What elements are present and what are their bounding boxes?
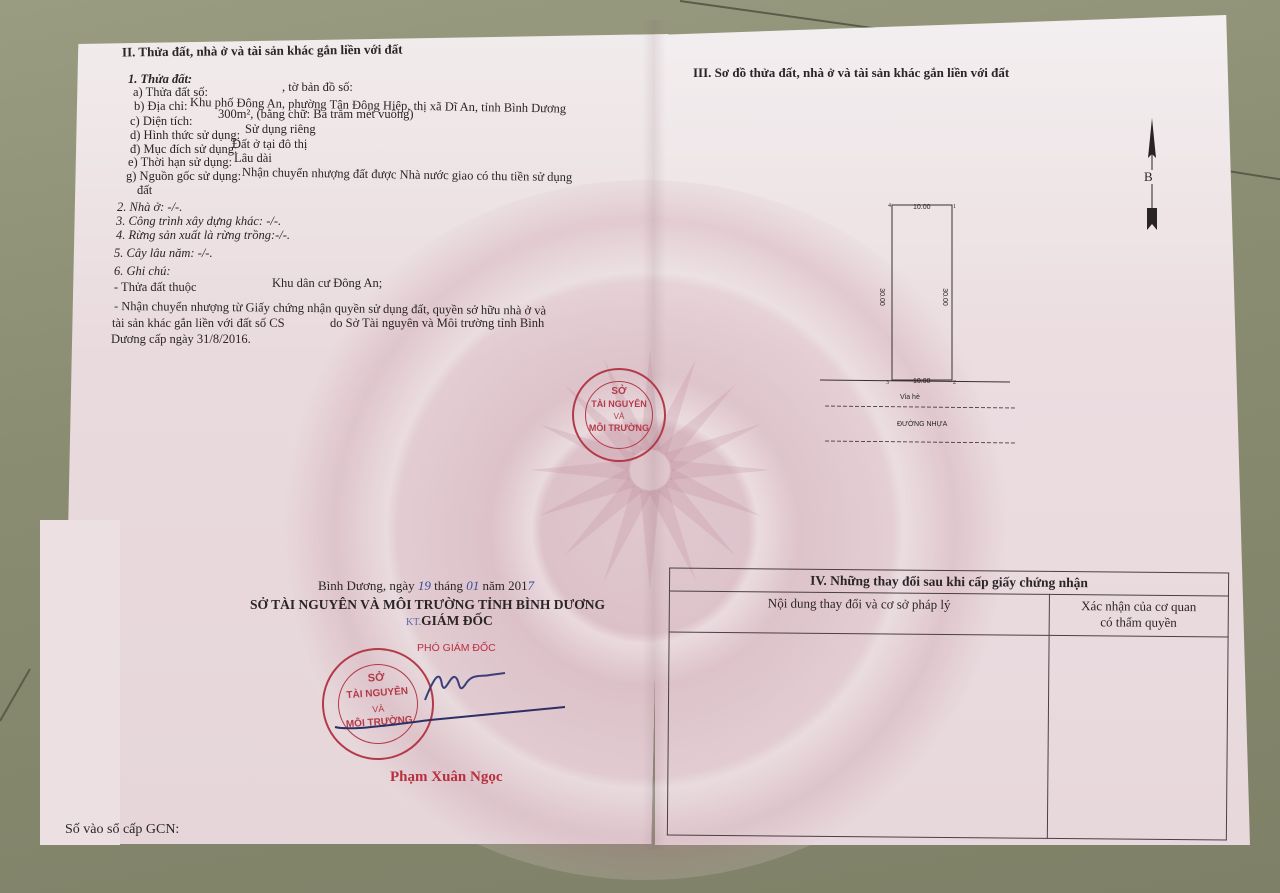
plot-bottom-edge: 10.00 <box>913 375 931 389</box>
issue-date: Bình Dương, ngày 19 tháng 01 năm 2017 <box>318 579 534 593</box>
issue-month: 01 <box>466 578 479 593</box>
note-1-value: Khu dân cư Đông An; <box>272 276 382 290</box>
perennial-line: 5. Cây lâu năm: -/-. <box>114 246 213 260</box>
address-label: b) Địa chỉ: <box>134 99 187 113</box>
official-stamp-center: SỞ TÀI NGUYÊN VÀ MÔI TRƯỜNG <box>572 368 666 462</box>
purpose-label: đ) Mục đích sử dụng: <box>130 142 237 156</box>
notes-heading: 6. Ghi chú: <box>114 264 171 278</box>
note-2-line-3: Dương cấp ngày 31/8/2016. <box>111 332 251 346</box>
registry-label: Số vào sổ cấp GCN: <box>65 823 179 837</box>
col-header-change-content: Nội dung thay đổi và cơ sở pháp lý <box>669 591 1049 635</box>
plot-right-edge: 30.00 <box>937 288 951 306</box>
handwritten-signature <box>330 655 570 740</box>
purpose-value: Đất ở tại đô thị <box>232 137 307 151</box>
col-header-authority-confirmation: Xác nhận của cơ quan có thẩm quyền <box>1049 594 1229 637</box>
director-title: KT.GIÁM ĐỐC <box>406 614 493 630</box>
signer-name: Phạm Xuân Ngọc <box>390 770 503 784</box>
plot-left-edge: 30.00 <box>874 288 888 306</box>
note-2-line-2a: tài sản khác gắn liền với đất số CS <box>112 316 285 330</box>
authority-confirmation-cell <box>1047 635 1228 840</box>
other-construction-line: 3. Công trình xây dựng khác: -/-. <box>116 214 281 228</box>
issuing-agency: SỞ TÀI NGUYÊN VÀ MÔI TRƯỜNG TỈNH BÌNH DƯ… <box>250 598 605 612</box>
note-1-prefix: - Thửa đất thuộc <box>114 280 197 294</box>
use-form-label: d) Hình thức sử dụng: <box>130 128 240 142</box>
origin-value-cont: đất <box>137 183 152 197</box>
sidewalk-label: Vỉa hè <box>900 391 920 405</box>
house-line: 2. Nhà ở: -/-. <box>117 200 182 214</box>
term-value: Lâu dài <box>234 151 272 165</box>
corner-3: 3 <box>886 376 889 390</box>
road-label: ĐƯỜNG NHỰA <box>897 418 947 432</box>
origin-label: g) Nguồn gốc sử dụng: <box>126 169 241 183</box>
land-heading: 1. Thửa đất: <box>128 72 192 86</box>
change-content-cell <box>667 632 1048 838</box>
use-form-value: Sử dụng riêng <box>245 122 316 136</box>
corner-4: 4 <box>888 199 891 213</box>
note-2-line-2b: do Sở Tài nguyên và Môi trường tỉnh Bình <box>330 316 544 330</box>
plot-top-edge: 10.00 <box>913 201 931 215</box>
changes-table: IV. Những thay đổi sau khi cấp giấy chứn… <box>667 568 1229 841</box>
land-plot-diagram <box>815 195 1015 455</box>
forest-line: 4. Rừng sản xuất là rừng trồng:-/-. <box>116 228 290 242</box>
map-no-label: , tờ bản đồ số: <box>282 80 353 94</box>
compass-label: B <box>1144 170 1153 184</box>
area-label: c) Diện tích: <box>130 114 192 128</box>
section-2-title: II. Thửa đất, nhà ở và tài sản khác gắn … <box>122 43 403 60</box>
section-3-title: III. Sơ đồ thửa đất, nhà ở và tài sản kh… <box>693 66 1009 80</box>
issue-day: 19 <box>418 578 431 593</box>
corner-1: 1 <box>953 200 956 214</box>
corner-2: 2 <box>953 376 956 390</box>
deputy-director-title: PHÓ GIÁM ĐỐC <box>417 641 496 655</box>
area-value: 300m², (bằng chữ: Ba trăm mét vuông) <box>218 107 414 121</box>
term-label: e) Thời hạn sử dụng: <box>128 155 232 169</box>
certificate-left-page-edge <box>40 520 120 845</box>
